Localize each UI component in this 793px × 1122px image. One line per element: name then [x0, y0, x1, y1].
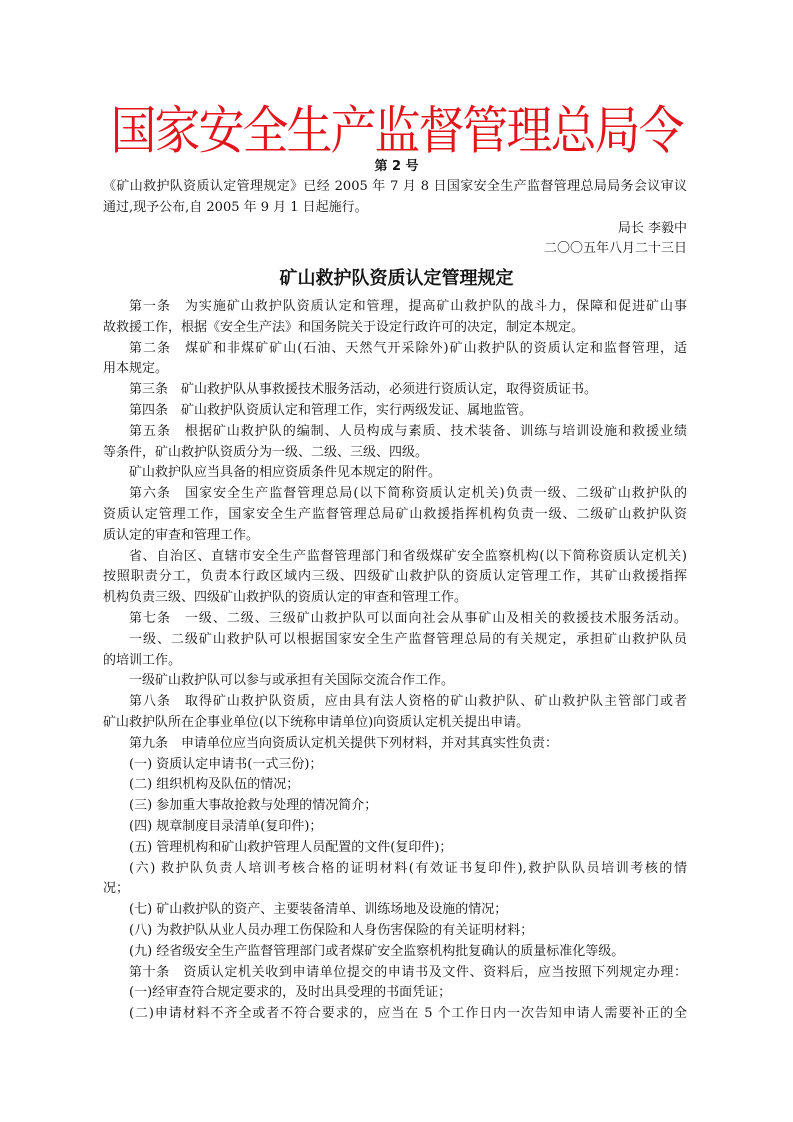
regulation-line: 况；: [103, 879, 687, 900]
regulation-line: 矿山救护队应当具备的相应资质条件见本规定的附件。: [103, 463, 687, 484]
regulation-line: 按照职责分工，负责本行政区域内三级、四级矿山救护队的资质认定管理工作，其矿山救援…: [103, 567, 687, 588]
regulation-line: (一) 资质认定申请书(一式三份)；: [103, 755, 687, 776]
decree-date: 二〇〇五年八月二十三日: [103, 239, 687, 260]
document-page: 国家安全生产监督管理总局令 第 2 号 《矿山救护队资质认定管理规定》已经 20…: [0, 0, 793, 1122]
regulation-line: 第七条 一级、二级、三级矿山救护队可以面向社会从事矿山及相关的救援技术服务活动。: [103, 609, 687, 630]
regulation-line: 第十条 资质认定机关收到申请单位提交的申请书及文件、资料后，应当按照下列规定办理…: [103, 963, 687, 984]
regulation-line: (四) 规章制度目录清单(复印件)；: [103, 817, 687, 838]
regulation-line: 第四条 矿山救护队资质认定和管理工作，实行两级发证、属地监管。: [103, 401, 687, 422]
regulation-line: 第三条 矿山救护队从事救援技术服务活动，必须进行资质认定，取得资质证书。: [103, 380, 687, 401]
promulgation-line: 《矿山救护队资质认定管理规定》已经 2005 年 7 月 8 日国家安全生产监督…: [103, 177, 687, 198]
regulation-title: 矿山救护队资质认定管理规定: [0, 266, 793, 292]
regulation-line: (三) 参加重大事故抢救与处理的情况简介；: [103, 796, 687, 817]
regulation-line: 第八条 取得矿山救护队资质，应由具有法人资格的矿山救护队、矿山救护队主管部门或者: [103, 692, 687, 713]
regulation-line: (二) 组织机构及队伍的情况；: [103, 775, 687, 796]
promulgation-block: 《矿山救护队资质认定管理规定》已经 2005 年 7 月 8 日国家安全生产监督…: [103, 177, 687, 260]
regulation-line: 的培训工作。: [103, 651, 687, 672]
regulation-line: 一级、二级矿山救护队可以根据国家安全生产监督管理总局的有关规定，承担矿山救护队员: [103, 630, 687, 651]
regulation-line: 故救援工作，根据《安全生产法》和国务院关于设定行政许可的决定，制定本规定。: [103, 318, 687, 339]
regulation-body: 第一条 为实施矿山救护队资质认定和管理，提高矿山救护队的战斗力，保障和促进矿山事…: [103, 297, 687, 1025]
regulation-line: (六) 救护队负责人培训考核合格的证明材料(有效证书复印件),救护队队员培训考核…: [103, 859, 687, 880]
decree-title: 国家安全生产监督管理总局令: [0, 98, 793, 163]
promulgation-line: 通过,现予公布,自 2005 年 9 月 1 日起施行。: [103, 198, 687, 219]
regulation-line: 第一条 为实施矿山救护队资质认定和管理，提高矿山救护队的战斗力，保障和促进矿山事: [103, 297, 687, 318]
decree-number: 第 2 号: [0, 158, 793, 176]
regulation-line: (九) 经省级安全生产监督管理部门或者煤矿安全监察机构批复确认的质量标准化等级。: [103, 942, 687, 963]
regulation-line: (七) 矿山救护队的资产、主要装备清单、训练场地及设施的情况；: [103, 900, 687, 921]
signatory: 局长 李毅中: [103, 219, 687, 240]
regulation-line: (二)申请材料不齐全或者不符合要求的，应当在 5 个工作日内一次告知申请人需要补…: [103, 1004, 687, 1025]
regulation-line: 第六条 国家安全生产监督管理总局(以下简称资质认定机关)负责一级、二级矿山救护队…: [103, 484, 687, 505]
regulation-line: 第九条 申请单位应当向资质认定机关提供下列材料，并对其真实性负责：: [103, 734, 687, 755]
regulation-line: 质认定的审查和管理工作。: [103, 526, 687, 547]
regulation-line: 矿山救护队所在企事业单位(以下统称申请单位)向资质认定机关提出申请。: [103, 713, 687, 734]
regulation-line: 第二条 煤矿和非煤矿矿山(石油、天然气开采除外)矿山救护队的资质认定和监督管理，…: [103, 339, 687, 360]
regulation-line: 第五条 根据矿山救护队的编制、人员构成与素质、技术装备、训练与培训设施和救援业绩: [103, 422, 687, 443]
regulation-line: 用本规定。: [103, 359, 687, 380]
regulation-line: 资质认定管理工作，国家安全生产监督管理总局矿山救援指挥机构负责一级、二级矿山救护…: [103, 505, 687, 526]
regulation-line: 机构负责三级、四级矿山救护队的资质认定的审查和管理工作。: [103, 588, 687, 609]
regulation-line: (一)经审查符合规定要求的，及时出具受理的书面凭证；: [103, 983, 687, 1004]
regulation-line: 省、自治区、直辖市安全生产监督管理部门和省级煤矿安全监察机构(以下简称资质认定机…: [103, 547, 687, 568]
regulation-line: 一级矿山救护队可以参与或承担有关国际交流合作工作。: [103, 671, 687, 692]
regulation-line: (五) 管理机构和矿山救护管理人员配置的文件(复印件)；: [103, 838, 687, 859]
regulation-line: (八) 为救护队从业人员办理工伤保险和人身伤害保险的有关证明材料；: [103, 921, 687, 942]
regulation-line: 等条件，矿山救护队资质分为一级、二级、三级、四级。: [103, 443, 687, 464]
